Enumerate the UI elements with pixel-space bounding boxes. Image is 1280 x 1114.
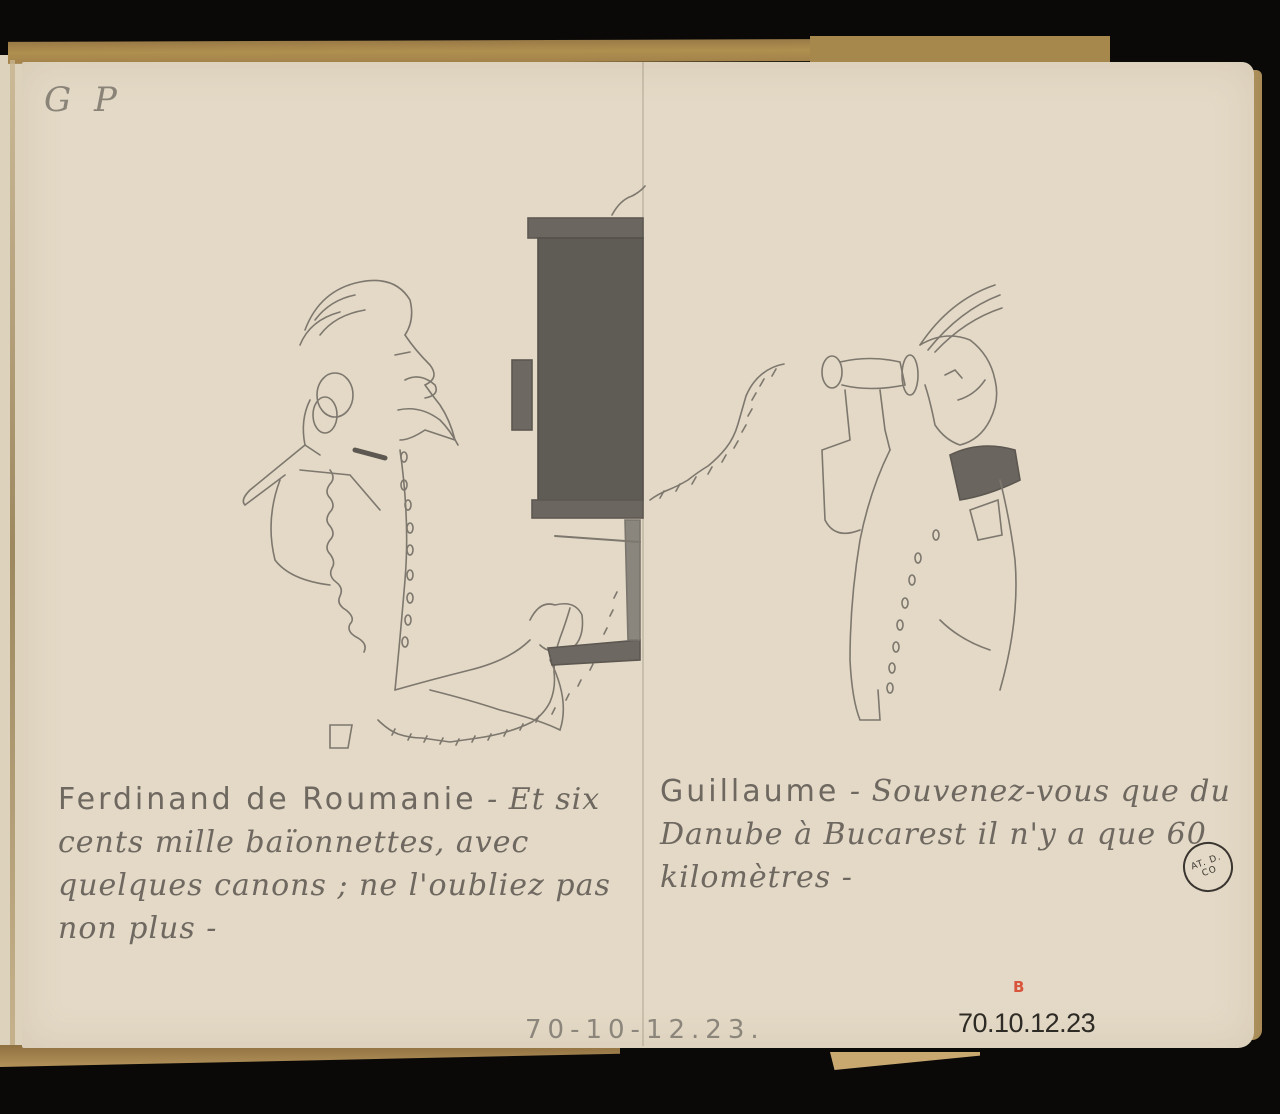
red-letter-mark: B bbox=[1013, 978, 1024, 996]
caption-dash: - bbox=[850, 774, 872, 809]
caption-ferdinand: Ferdinand de Roumanie - Et six cents mil… bbox=[58, 778, 638, 950]
guillaume-figure bbox=[650, 285, 1020, 720]
pencil-inventory-number: 70-10-12.23. bbox=[525, 1015, 765, 1045]
caption-speaker: Ferdinand de Roumanie bbox=[58, 782, 477, 817]
stamp-text: AT. D. CO bbox=[1183, 850, 1233, 885]
ink-inventory-number: 70.10.12.23 bbox=[958, 1008, 1095, 1039]
caption-guillaume: Guillaume - Souvenez-vous que du Danube … bbox=[660, 770, 1250, 899]
caption-dash: - bbox=[487, 782, 509, 817]
caption-speaker: Guillaume bbox=[660, 774, 839, 809]
wall-telephone bbox=[512, 186, 645, 665]
